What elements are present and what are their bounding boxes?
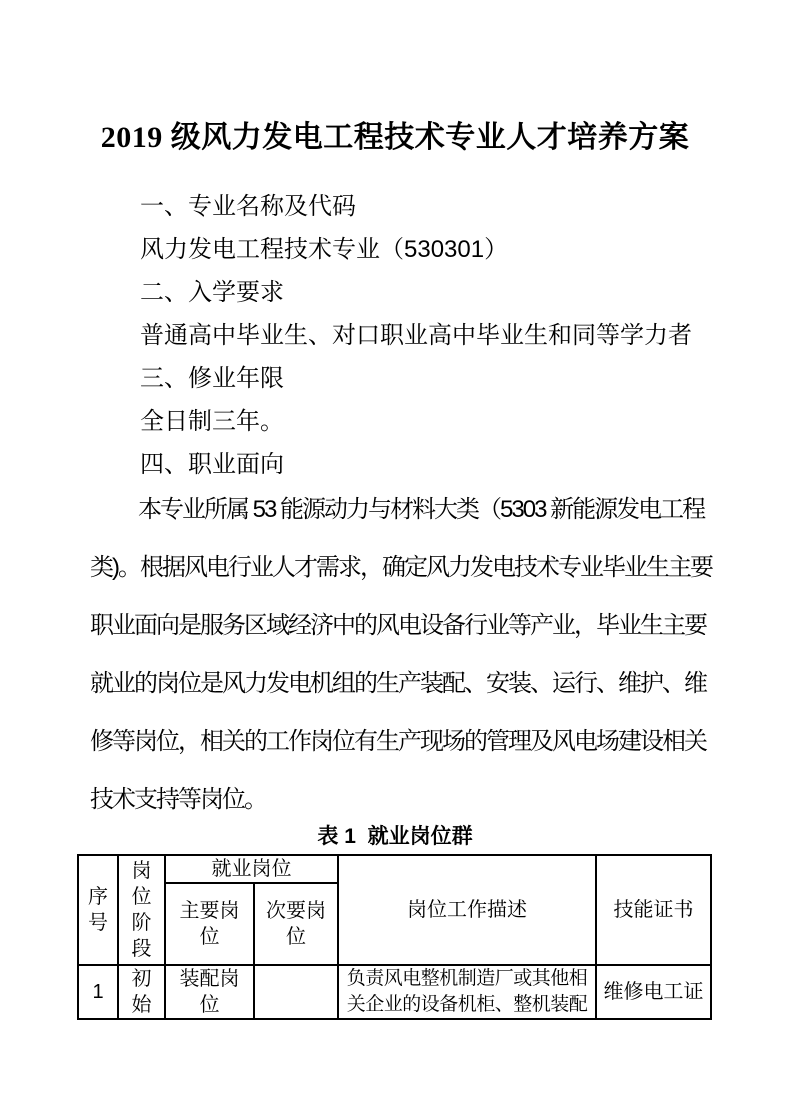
header-cell-cert: 技能证书 xyxy=(596,855,711,965)
header-label-seq: 序号 xyxy=(87,884,109,936)
career-paragraph-line: 本专业所属 53 能源动力与材料大类（5303 新能源发电工程 xyxy=(138,497,704,523)
header-label-job-secondary: 次要岗位 xyxy=(264,898,328,950)
document-title: 2019 级风力发电工程技术专业人才培养方案 xyxy=(0,120,790,156)
header-cell-desc: 岗位工作描述 xyxy=(338,855,596,965)
document-page: 2019 级风力发电工程技术专业人才培养方案 一、专业名称及代码 风力发电工程技… xyxy=(0,0,790,1118)
header-cell-job-secondary: 次要岗位 xyxy=(254,883,338,965)
header-cell-stage: 岗位阶段 xyxy=(118,855,165,965)
cell-seq: 1 xyxy=(78,965,118,1019)
cell-desc: 负责风电整机制造厂或其他相关企业的设备机柜、整机装配 xyxy=(338,965,596,1019)
cell-stage-label: 初始 xyxy=(131,966,153,1018)
cell-job-main-label: 装配岗位 xyxy=(178,966,242,1018)
career-paragraph-line: 类)。根据风电行业人才需求，确定风力发电技术专业毕业生主要 xyxy=(90,555,712,581)
career-paragraph-line: 职业面向是服务区域经济中的风电设备行业等产业，毕业生主要 xyxy=(90,613,706,639)
cell-stage: 初始 xyxy=(118,965,165,1019)
table-caption: 表 1 就业岗位群 xyxy=(0,825,790,849)
header-label-job-main: 主要岗位 xyxy=(178,898,242,950)
cell-cert: 维修电工证 xyxy=(596,965,711,1019)
cell-job-main: 装配岗位 xyxy=(165,965,254,1019)
major-name-code-text: 风力发电工程技术专业（530301） xyxy=(140,237,508,263)
employment-positions-table: 序号 岗位阶段 就业岗位 岗位工作描述 技能证书 主要岗位 次要岗位 1 初始 … xyxy=(77,854,712,1020)
career-paragraph-line: 技术支持等岗位。 xyxy=(90,787,266,813)
table-row: 1 初始 装配岗位 负责风电整机制造厂或其他相关企业的设备机柜、整机装配 维修电… xyxy=(78,965,711,1019)
header-cell-job-main: 主要岗位 xyxy=(165,883,254,965)
section-heading-career: 四、职业面向 xyxy=(140,452,284,478)
career-paragraph-line: 修等岗位，相关的工作岗位有生产现场的管理及风电场建设相关 xyxy=(90,729,706,755)
header-cell-seq: 序号 xyxy=(78,855,118,965)
career-paragraph-line: 就业的岗位是风力发电机组的生产装配、安装、运行、维护、维 xyxy=(90,671,706,697)
section-heading-major-name: 一、专业名称及代码 xyxy=(140,194,356,220)
duration-text: 全日制三年。 xyxy=(140,409,284,435)
admission-requirement-text: 普通高中毕业生、对口职业高中毕业生和同等学力者 xyxy=(140,323,692,349)
header-label-stage: 岗位阶段 xyxy=(131,858,153,962)
section-heading-duration: 三、修业年限 xyxy=(140,366,284,392)
header-cell-jobs-group: 就业岗位 xyxy=(165,855,338,883)
cell-job-secondary xyxy=(254,965,338,1019)
section-heading-admission: 二、入学要求 xyxy=(140,280,284,306)
